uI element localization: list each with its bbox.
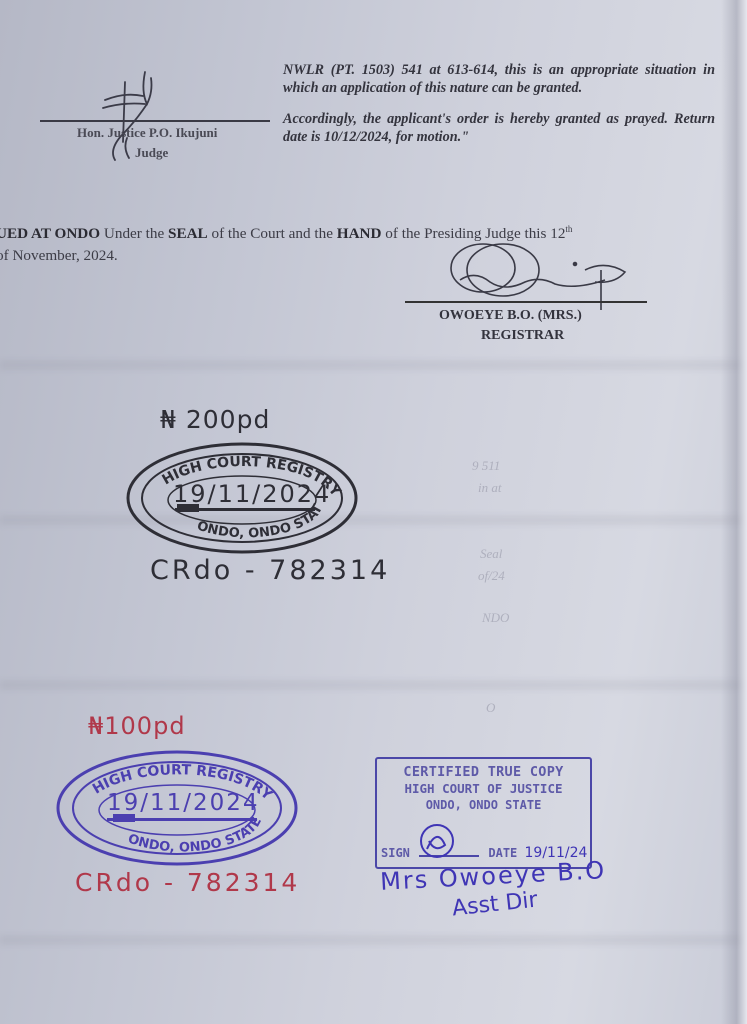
issued-text: of the Court and the (208, 225, 337, 242)
ordinal-suffix: th (565, 224, 572, 234)
registrar-name: OWOEYE B.O. (MRS.) (439, 308, 582, 324)
registrar-signature (405, 240, 650, 310)
registry-stamp-black: HIGH COURT REGISTRY ONDO, ONDO STATE 19/… (125, 440, 360, 555)
ctc-signature (415, 819, 465, 865)
ctc-line-3: ONDO, ONDO STATE (377, 798, 590, 812)
ctc-line-1: CERTIFIED TRUE COPY (377, 764, 590, 780)
bleed-through-text: NDO (482, 610, 509, 626)
bleed-through-text: Seal (480, 546, 502, 562)
bleed-through-text: O (486, 700, 495, 716)
ruling-text: NWLR (PT. 1503) 541 at 613-614, this is … (283, 62, 715, 160)
registrar-title: REGISTRAR (481, 328, 564, 344)
seal-word: SEAL (168, 225, 208, 242)
fee-paid-handwritten: ₦ 200pd (160, 405, 270, 434)
certified-true-copy-stamp: CERTIFIED TRUE COPY HIGH COURT OF JUSTIC… (375, 757, 592, 869)
judge-signature-block: Hon. Justice P.O. Ikujuni Judge (40, 62, 270, 172)
fee-paid-handwritten: ₦100pd (88, 712, 186, 740)
date-label: DATE (488, 846, 517, 860)
ruling-paragraph: NWLR (PT. 1503) 541 at 613-614, this is … (283, 62, 715, 97)
bleed-through-text: 9 511 (472, 458, 500, 474)
signature-line (405, 301, 647, 303)
issued-prefix: UED AT ONDO (0, 225, 100, 242)
paper-fold (0, 680, 747, 690)
receipt-number-handwritten: CRdo - 782314 (150, 555, 390, 586)
sign-label: SIGN (381, 846, 410, 860)
ctc-handwritten-title: Asst Dir (451, 888, 539, 922)
signature-line (40, 120, 270, 122)
hand-word: HAND (337, 225, 382, 242)
ctc-line-2: HIGH COURT OF JUSTICE (377, 781, 590, 796)
issued-text: Under the (100, 225, 168, 242)
registry-stamp-blue: HIGH COURT REGISTRY ONDO, ONDO STATE 19/… (55, 748, 300, 868)
bleed-through-text: of/24 (478, 568, 505, 584)
judge-name: Hon. Justice P.O. Ikujuni (77, 125, 217, 141)
judge-title: Judge (135, 145, 168, 161)
bleed-through-text: in at (478, 480, 501, 496)
page-edge (721, 0, 747, 1024)
paper-fold (0, 515, 747, 525)
ruling-paragraph: Accordingly, the applicant's order is he… (283, 111, 715, 146)
receipt-number-handwritten: CRdo - 782314 (75, 868, 300, 897)
registrar-signature-block: OWOEYE B.O. (MRS.) REGISTRAR (405, 240, 650, 350)
issued-date-line: of November, 2024. (0, 247, 118, 264)
stamp-date-handwritten: 19/11/2024 (173, 480, 331, 508)
stamp-date-handwritten: 19/11/2024 (107, 790, 260, 816)
paper-fold (0, 935, 747, 945)
paper-fold (0, 360, 747, 370)
